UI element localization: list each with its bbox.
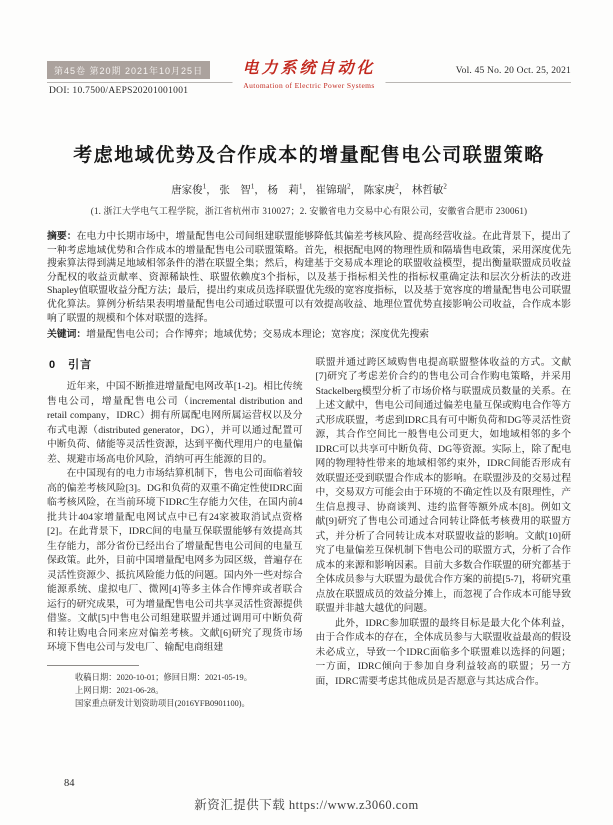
body-columns: 0 引言 近年来，中国不断推进增量配电网改革[1-2]。相比传统售电公司，增量配… [47,356,571,710]
author-list: 唐家俊1 张 智1 杨 莉1 崔锦瑞2 陈家庚2 林哲敏2 [47,182,571,197]
paragraph: 近年来，中国不断推进增量配电网改革[1-2]。相比传统售电公司，增量配售电公司（… [47,380,303,467]
journal-name-cn: 电力系统自动化 [242,58,375,80]
footnote-divider [47,665,139,666]
author: 唐家俊1 [171,185,217,196]
footnote: 收稿日期：2020-10-01；修回日期：2021-05-19。 上网日期：20… [47,665,303,710]
author: 林哲敏2 [412,185,447,196]
doi: DOI: 10.7500/AEPS20201001001 [49,86,188,96]
page-number: 84 [64,778,75,789]
watermark: 新资汇提供下载 https://www.z3060.com [0,795,613,813]
journal-name-en: Automation of Electric Power Systems [242,80,375,91]
journal-logo: 电力系统自动化 Automation of Electric Power Sys… [232,58,385,91]
author: 崔锦瑞2 [316,185,362,196]
issue-info-en: Vol. 45 No. 20 Oct. 25, 2021 [456,66,571,76]
abstract: 摘要：在电力中长期市场中，增量配售电公司间组建联盟能够降低其偏差考核风险、提高经… [47,230,571,325]
footnote-line: 上网日期：2021-06-28。 [75,684,303,697]
paragraph: 此外，IDRC参加联盟的最终目标是最大化个体利益，由于合作成本的存在，全体成员参… [316,617,572,690]
footnote-line: 国家重点研发计划资助项目(2016YFB0901100)。 [75,697,303,710]
keywords: 关键词：增量配售电公司；合作博弈；地域优势；交易成本理论；宽容度；深度优先搜索 [47,328,571,342]
author: 杨 莉1 [267,185,313,196]
paper-title: 考虑地域优势及合作成本的增量配售电公司联盟策略 [47,140,571,167]
left-column: 0 引言 近年来，中国不断推进增量配电网改革[1-2]。相比传统售电公司，增量配… [47,356,303,710]
keywords-label: 关键词： [47,329,86,340]
journal-header: 第45卷 第20期 2021年10月25日 DOI: 10.7500/AEPS2… [47,58,571,110]
paper-page: 第45卷 第20期 2021年10月25日 DOI: 10.7500/AEPS2… [0,0,613,825]
author: 陈家庚2 [364,185,410,196]
footnote-line: 收稿日期：2020-10-01；修回日期：2021-05-19。 [75,671,303,684]
right-column: 联盟并通过跨区域购售电提高联盟整体收益的方式。文献[7]研究了考虑差价合约的售电… [316,356,572,710]
affiliation: (1. 浙江大学电气工程学院，浙江省杭州市 310027；2. 安徽省电力交易中… [47,204,571,217]
paragraph: 联盟并通过跨区域购售电提高联盟整体收益的方式。文献[7]研究了考虑差价合约的售电… [316,356,572,617]
section-heading: 0 引言 [49,358,303,373]
abstract-text: 在电力中长期市场中，增量配售电公司间组建联盟能够降低其偏差考核风险、提高经营收益… [47,231,571,324]
abstract-label: 摘要： [47,231,77,242]
author: 张 智1 [219,185,265,196]
keywords-text: 增量配售电公司；合作博弈；地域优势；交易成本理论；宽容度；深度优先搜索 [86,329,429,340]
watermark-link[interactable]: 新资汇提供下载 https://www.z3060.com [194,798,418,812]
issue-info-cn: 第45卷 第20期 2021年10月25日 [47,61,210,79]
paragraph: 在中国现有的电力市场结算机制下，售电公司面临着较高的偏差考核风险[3]。DG和负… [47,467,303,656]
